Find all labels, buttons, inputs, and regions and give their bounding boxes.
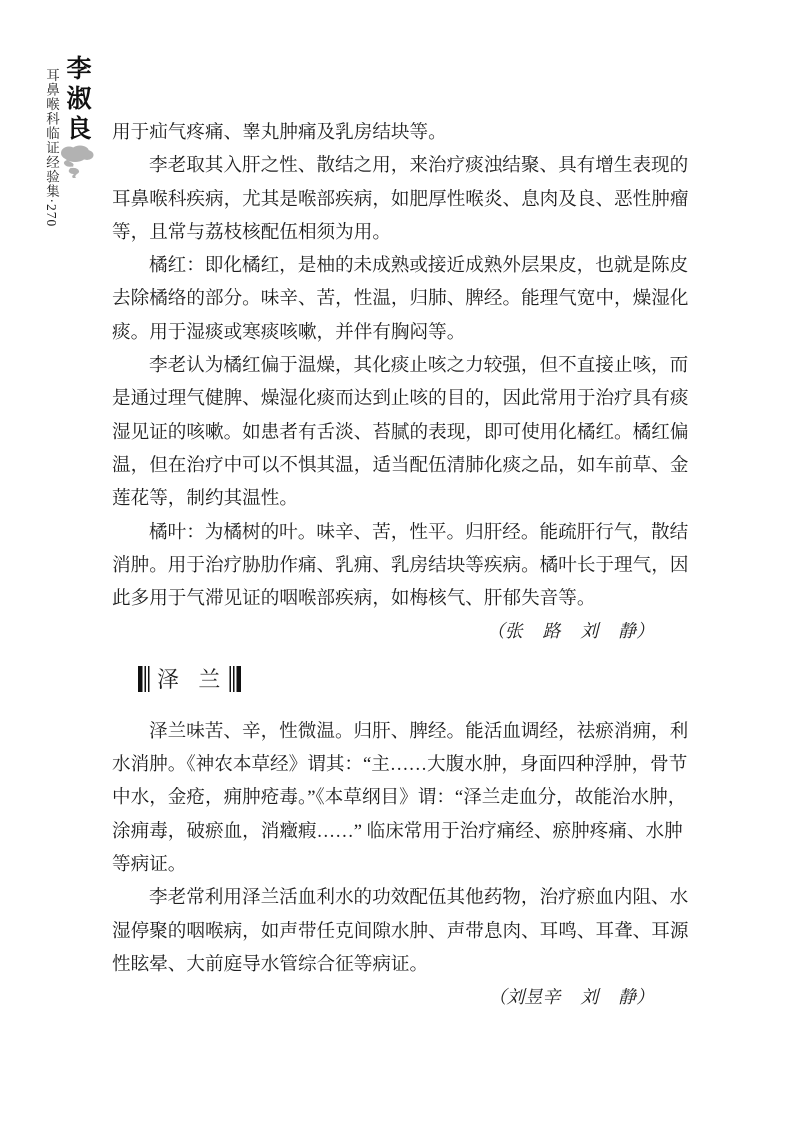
double-bracket-right-icon	[229, 666, 241, 692]
text-line: 消肿。用于治疗胁肋作痛、乳痈、乳房结块等疾病。橘叶长于理气，因	[112, 549, 690, 582]
paragraph: 用于疝气疼痛、睾丸肿痛及乳房结块等。	[112, 116, 690, 149]
double-bracket-left-icon	[138, 666, 150, 692]
text-line: 耳鼻喉科疾病，尤其是喉部疾病，如肥厚性喉炎、息肉及良、恶性肿瘤	[112, 183, 690, 216]
text-line: 橘红：即化橘红，是柚的未成熟或接近成熟外层果皮，也就是陈皮	[112, 249, 690, 282]
paragraph: 橘叶：为橘树的叶。味辛、苦，性平。归肝经。能疏肝行气，散结 消肿。用于治疗胁肋作…	[112, 516, 690, 616]
section-title: 泽 兰	[157, 663, 222, 696]
paragraph: 李老认为橘红偏于温燥，其化痰止咳之力较强，但不直接止咳，而 是通过理气健脾、燥湿…	[112, 349, 690, 515]
paragraph: 泽兰味苦、辛，性微温。归肝、脾经。能活血调经，祛瘀消痈，利 水消肿。《神农本草经…	[112, 715, 690, 881]
text-line: 泽兰味苦、辛，性微温。归肝、脾经。能活血调经，祛瘀消痈，利	[112, 715, 690, 748]
book-page: { "page": { "background": "#ffffff", "te…	[0, 0, 800, 1129]
page-body-text: 用于疝气疼痛、睾丸肿痛及乳房结块等。 李老取其入肝之性、散结之用，来治疗痰浊结聚…	[112, 116, 690, 1014]
text-line: 温，但在治疗中可以不惧其温，适当配伍清肺化痰之品，如车前草、金	[112, 449, 690, 482]
author-name-vertical: 李淑良	[58, 55, 94, 145]
text-line: 莲花等，制约其温性。	[112, 482, 690, 515]
text-line: 李老认为橘红偏于温燥，其化痰止咳之力较强，但不直接止咳，而	[112, 349, 690, 382]
paragraph: 橘红：即化橘红，是柚的未成熟或接近成熟外层果皮，也就是陈皮 去除橘络的部分。味辛…	[112, 249, 690, 349]
text-line: 湿停聚的咽喉病，如声带任克间隙水肿、声带息肉、耳鸣、耳聋、耳源	[112, 915, 690, 948]
cloud-ornament-icon	[57, 144, 95, 183]
text-line: 去除橘络的部分。味辛、苦，性温，归肺、脾经。能理气宽中，燥湿化	[112, 282, 690, 315]
text-line: 橘叶：为橘树的叶。味辛、苦，性平。归肝经。能疏肝行气，散结	[112, 516, 690, 549]
paragraph: 李老取其入肝之性、散结之用，来治疗痰浊结聚、具有增生表现的 耳鼻喉科疾病，尤其是…	[112, 149, 690, 249]
text-line: 此多用于气滞见证的咽喉部疾病，如梅核气、肝郁失音等。	[112, 582, 690, 615]
text-line: 湿见证的咳嗽。如患者有舌淡、苔腻的表现，即可使用化橘红。橘红偏	[112, 416, 690, 449]
page-number: 270	[44, 204, 59, 227]
section-header-zelan: 泽 兰	[138, 663, 690, 696]
paragraph: 李老常利用泽兰活血利水的功效配伍其他药物，治疗瘀血内阻、水 湿停聚的咽喉病，如声…	[112, 881, 690, 981]
text-line: 等病证。	[112, 848, 690, 881]
text-line: 是通过理气健脾、燥湿化痰而达到止咳的目的，因此常用于治疗具有痰	[112, 382, 690, 415]
attribution-authors: （张 路 刘 静）	[112, 615, 690, 648]
text-line: 李老常利用泽兰活血利水的功效配伍其他药物，治疗瘀血内阻、水	[112, 881, 690, 914]
text-line: 性眩晕、大前庭导水管综合征等病证。	[112, 948, 690, 981]
text-line: 水消肿。《神农本草经》谓其：“主……大腹水肿，身面四种浮肿，骨节	[112, 748, 690, 781]
text-line: 用于疝气疼痛、睾丸肿痛及乳房结块等。	[112, 116, 690, 149]
attribution-authors: （刘昱辛 刘 静）	[112, 981, 690, 1014]
text-line: 等，且常与荔枝核配伍相须为用。	[112, 216, 690, 249]
text-line: 涂痈毒，破瘀血，消癥瘕……” 临床常用于治疗痛经、瘀肿疼痛、水肿	[112, 815, 690, 848]
book-spine-sidebar: 李淑良 耳鼻喉科临证经验集·270	[0, 0, 110, 400]
text-line: 李老取其入肝之性、散结之用，来治疗痰浊结聚、具有增生表现的	[112, 149, 690, 182]
text-line: 痰。用于湿痰或寒痰咳嗽，并伴有胸闷等。	[112, 316, 690, 349]
text-line: 中水，金疮，痈肿疮毒。”《本草纲目》谓：“泽兰走血分，故能治水肿，	[112, 781, 690, 814]
